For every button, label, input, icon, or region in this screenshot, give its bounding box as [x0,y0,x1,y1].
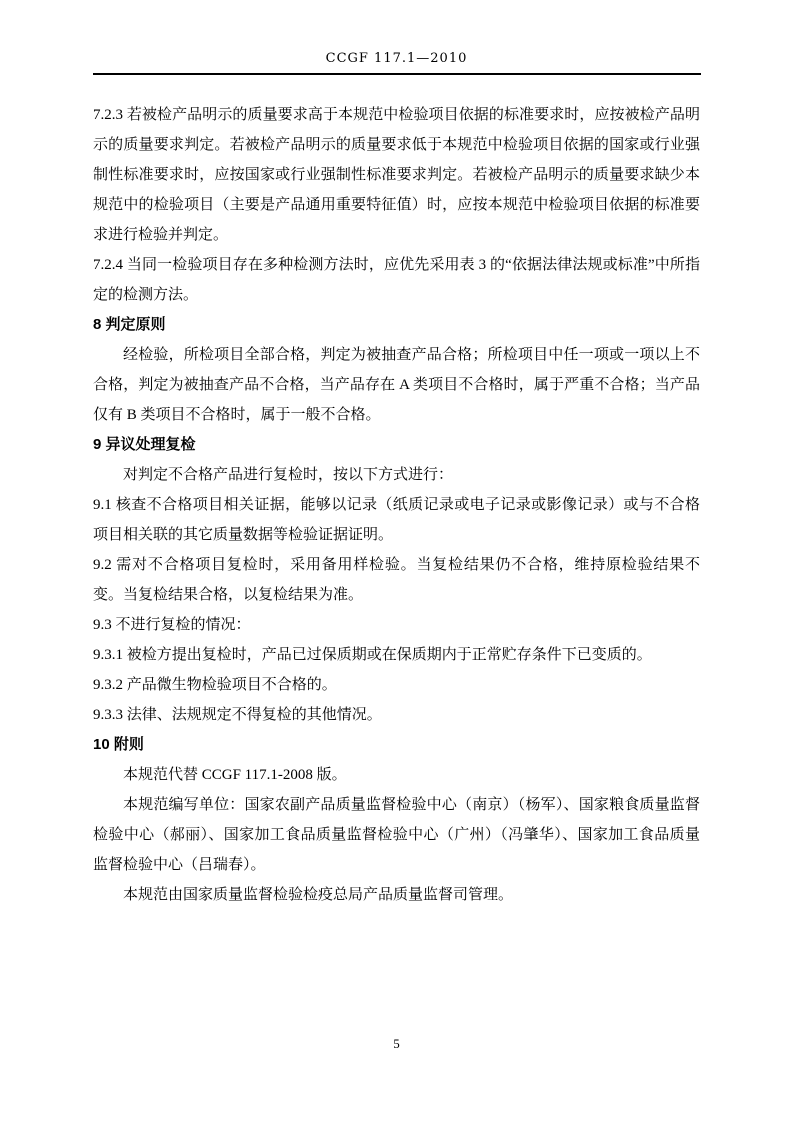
heading-8: 8 判定原则 [93,310,700,340]
para-9-3-2: 9.3.2 产品微生物检验项目不合格的。 [93,670,700,700]
para-10-authors: 本规范编写单位：国家农副产品质量监督检验中心（南京）（杨军）、国家粮食质量监督检… [93,790,700,880]
para-7-2-3: 7.2.3 若被检产品明示的质量要求高于本规范中检验项目依据的标准要求时，应按被… [93,100,700,250]
heading-10: 10 附则 [93,730,700,760]
heading-9: 9 异议处理复检 [93,430,700,460]
para-10-managed-by: 本规范由国家质量监督检验检疫总局产品质量监督司管理。 [93,880,700,910]
para-9-1: 9.1 核查不合格项目相关证据，能够以记录（纸质记录或电子记录或影像记录）或与不… [93,490,700,550]
para-9-2: 9.2 需对不合格项目复检时，采用备用样检验。当复检结果仍不合格，维持原检验结果… [93,550,700,610]
page-number: 5 [0,1036,793,1052]
document-number-header: CCGF 117.1—2010 [93,51,700,66]
document-page: CCGF 117.1—2010 7.2.3 若被检产品明示的质量要求高于本规范中… [0,0,793,1122]
para-section-9-intro: 对判定不合格产品进行复检时，按以下方式进行： [93,460,700,490]
para-9-3-1: 9.3.1 被检方提出复检时，产品已过保质期或在保质期内于正常贮存条件下已变质的… [93,640,700,670]
document-body: 7.2.3 若被检产品明示的质量要求高于本规范中检验项目依据的标准要求时，应按被… [93,100,700,910]
para-section-8-body: 经检验，所检项目全部合格，判定为被抽查产品合格；所检项目中任一项或一项以上不合格… [93,340,700,430]
para-9-3: 9.3 不进行复检的情况： [93,610,700,640]
para-10-replaces: 本规范代替 CCGF 117.1-2008 版。 [93,760,700,790]
para-9-3-3: 9.3.3 法律、法规规定不得复检的其他情况。 [93,700,700,730]
para-7-2-4: 7.2.4 当同一检验项目存在多种检测方法时，应优先采用表 3 的“依据法律法规… [93,250,700,310]
header-rule [93,73,701,75]
